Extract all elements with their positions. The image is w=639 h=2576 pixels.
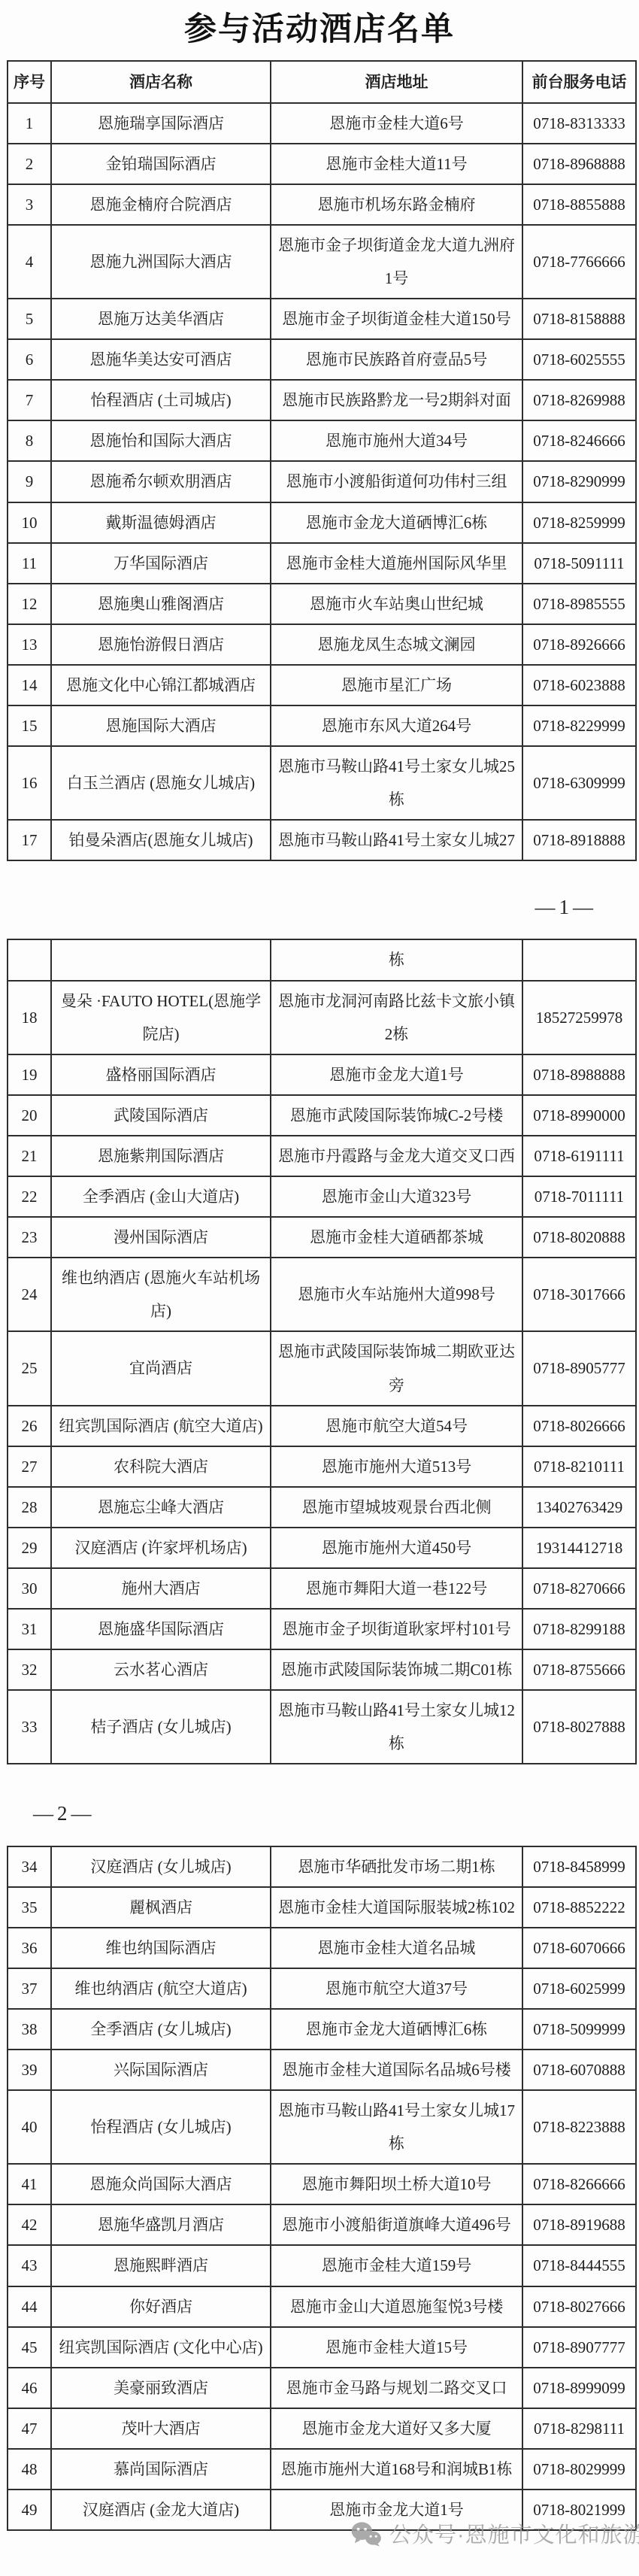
hotel-name-cell: 恩施华美达安可酒店 xyxy=(51,339,271,380)
row-number-cell: 45 xyxy=(8,2327,51,2368)
table-row: 40怡程酒店 (女儿城店)恩施市马鞍山路41号土家女儿城17栋0718-8223… xyxy=(8,2090,636,2164)
table-body-page-1: 1恩施瑞享国际酒店恩施市金桂大道6号0718-83133332金铂瑞国际酒店恩施… xyxy=(8,103,636,861)
hotel-name-cell: 汉庭酒店 (金龙大道店) xyxy=(51,2490,271,2530)
page-number-1: —1— xyxy=(0,894,597,921)
phone-cell: 0718-8246666 xyxy=(522,420,636,461)
table-row: 33桔子酒店 (女儿城店)恩施市马鞍山路41号土家女儿城12栋0718-8027… xyxy=(8,1690,636,1764)
row-number-cell: 23 xyxy=(8,1217,51,1258)
row-number-cell: 13 xyxy=(8,624,51,665)
hotel-name-cell: 万华国际酒店 xyxy=(51,543,271,584)
row-number-cell: 40 xyxy=(8,2090,51,2164)
row-number-cell: 9 xyxy=(8,461,51,502)
row-number-cell: 17 xyxy=(8,820,51,860)
hotel-address-cell: 恩施市金桂大道国际服装城2栋102 xyxy=(271,1887,522,1928)
phone-cell: 0718-3017666 xyxy=(522,1258,636,1331)
row-number-cell: 48 xyxy=(8,2449,51,2490)
hotel-address-cell: 恩施市金桂大道15号 xyxy=(271,2327,522,2368)
phone-cell: 0718-8444555 xyxy=(522,2245,636,2286)
row-number-cell xyxy=(8,939,51,980)
hotel-address-cell: 恩施市金桂大道硒都茶城 xyxy=(271,1217,522,1258)
hotel-address-cell: 恩施市施州大道34号 xyxy=(271,420,522,461)
row-number-cell: 24 xyxy=(8,1258,51,1331)
phone-cell: 0718-7011111 xyxy=(522,1176,636,1217)
table-row: 5恩施万达美华酒店恩施市金子坝街道金桂大道150号0718-8158888 xyxy=(8,299,636,339)
hotel-address-cell: 恩施市机场东路金楠府 xyxy=(271,184,522,225)
phone-cell: 0718-6025999 xyxy=(522,1968,636,2009)
column-header-address: 酒店地址 xyxy=(271,61,522,103)
hotel-address-cell: 恩施市航空大道37号 xyxy=(271,1968,522,2009)
phone-cell: 13402763429 xyxy=(522,1487,636,1528)
phone-cell: 19314412718 xyxy=(522,1528,636,1568)
row-number-cell: 7 xyxy=(8,380,51,420)
table-row: 9恩施希尔顿欢朋酒店恩施市小渡船街道何功伟村三组0718-8290999 xyxy=(8,461,636,502)
row-number-cell: 42 xyxy=(8,2204,51,2245)
phone-cell: 0718-8027888 xyxy=(522,1690,636,1764)
hotel-name-cell: 维也纳酒店 (航空大道店) xyxy=(51,1968,271,2009)
phone-cell: 0718-8229999 xyxy=(522,705,636,746)
page-number-2: —2— xyxy=(33,1801,639,1827)
hotel-address-cell: 恩施市施州大道450号 xyxy=(271,1528,522,1568)
hotel-address-cell: 恩施龙凤生态城文澜园 xyxy=(271,624,522,665)
table-row: 11万华国际酒店恩施市金桂大道施州国际风华里0718-5091111 xyxy=(8,543,636,584)
row-number-cell: 19 xyxy=(8,1054,51,1095)
row-number-cell: 1 xyxy=(8,103,51,144)
table-row: 4恩施九洲国际大酒店恩施市金子坝街道金龙大道九洲府1号0718-7766666 xyxy=(8,225,636,299)
phone-cell: 0718-8988888 xyxy=(522,1054,636,1095)
hotel-name-cell: 铂曼朵酒店(恩施女儿城店) xyxy=(51,820,271,860)
phone-cell: 0718-7766666 xyxy=(522,225,636,299)
hotel-address-cell: 恩施市金山大道恩施玺悦3号楼 xyxy=(271,2286,522,2327)
hotel-table-page-1: 序号 酒店名称 酒店地址 前台服务电话 1恩施瑞享国际酒店恩施市金桂大道6号07… xyxy=(7,60,637,862)
table-row: 42恩施华盛凯月酒店恩施市小渡船街道旗峰大道496号0718-8919688 xyxy=(8,2204,636,2245)
hotel-address-cell: 恩施市望城坡观景台西北侧 xyxy=(271,1487,522,1528)
table-row: 26纽宾凯国际酒店 (航空大道店)恩施市航空大道54号0718-8026666 xyxy=(8,1406,636,1446)
hotel-address-cell: 恩施市航空大道54号 xyxy=(271,1406,522,1446)
hotel-address-cell: 恩施市火车站奥山世纪城 xyxy=(271,584,522,624)
phone-cell: 0718-8926666 xyxy=(522,624,636,665)
row-number-cell: 31 xyxy=(8,1609,51,1649)
hotel-address-cell: 恩施市金子坝街道耿家坪村101号 xyxy=(271,1609,522,1649)
hotel-name-cell: 武陵国际酒店 xyxy=(51,1095,271,1136)
row-number-cell: 4 xyxy=(8,225,51,299)
row-number-cell: 46 xyxy=(8,2368,51,2408)
table-row: 22全季酒店 (金山大道店)恩施市金山大道323号0718-7011111 xyxy=(8,1176,636,1217)
hotel-name-cell: 恩施熙畔酒店 xyxy=(51,2245,271,2286)
row-number-cell: 8 xyxy=(8,420,51,461)
row-number-cell: 6 xyxy=(8,339,51,380)
table-body-page-2: 栋18曼朵 ·FAUTO HOTEL(恩施学院店)恩施市龙洞河南路比兹卡文旅小镇… xyxy=(8,939,636,1764)
table-row: 1恩施瑞享国际酒店恩施市金桂大道6号0718-8313333 xyxy=(8,103,636,144)
hotel-name-cell: 兴际国际酒店 xyxy=(51,2050,271,2090)
table-header: 序号 酒店名称 酒店地址 前台服务电话 xyxy=(8,61,636,103)
hotel-address-cell: 恩施市民族路首府壹品5号 xyxy=(271,339,522,380)
hotel-name-cell: 恩施紫荆国际酒店 xyxy=(51,1136,271,1176)
hotel-address-cell: 恩施市金桂大道名品城 xyxy=(271,1928,522,1968)
phone-cell: 0718-8918888 xyxy=(522,820,636,860)
table-row: 6恩施华美达安可酒店恩施市民族路首府壹品5号0718-6025555 xyxy=(8,339,636,380)
row-number-cell: 29 xyxy=(8,1528,51,1568)
row-number-cell: 28 xyxy=(8,1487,51,1528)
table-row: 24维也纳酒店 (恩施火车站机场店)恩施市火车站施州大道998号0718-301… xyxy=(8,1258,636,1331)
hotel-name-cell: 纽宾凯国际酒店 (航空大道店) xyxy=(51,1406,271,1446)
hotel-name-cell: 维也纳酒店 (恩施火车站机场店) xyxy=(51,1258,271,1331)
phone-cell: 0718-8905777 xyxy=(522,1331,636,1405)
phone-cell: 0718-8266666 xyxy=(522,2164,636,2204)
phone-cell: 0718-8298111 xyxy=(522,2408,636,2449)
phone-cell: 0718-5091111 xyxy=(522,543,636,584)
row-number-cell: 44 xyxy=(8,2286,51,2327)
phone-cell: 0718-8919688 xyxy=(522,2204,636,2245)
phone-cell: 0718-8026666 xyxy=(522,1406,636,1446)
hotel-name-cell: 纽宾凯国际酒店 (文化中心店) xyxy=(51,2327,271,2368)
phone-cell: 0718-8210111 xyxy=(522,1446,636,1487)
hotel-name-cell: 恩施奥山雅阁酒店 xyxy=(51,584,271,624)
hotel-address-cell: 恩施市东风大道264号 xyxy=(271,705,522,746)
row-number-cell: 39 xyxy=(8,2050,51,2090)
hotel-address-cell: 恩施市民族路黔龙一号2期斜对面 xyxy=(271,380,522,420)
phone-cell: 0718-6191111 xyxy=(522,1136,636,1176)
hotel-table-page-3: 34汉庭酒店 (女儿城店)恩施市华硒批发市场二期1栋0718-845899935… xyxy=(7,1846,637,2532)
table-row: 16白玉兰酒店 (恩施女儿城店)恩施市马鞍山路41号土家女儿城25栋0718-6… xyxy=(8,746,636,820)
hotel-address-cell: 恩施市金子坝街道金桂大道150号 xyxy=(271,299,522,339)
table-body-page-3: 34汉庭酒店 (女儿城店)恩施市华硒批发市场二期1栋0718-845899935… xyxy=(8,1846,636,2531)
hotel-address-cell: 恩施市小渡船街道旗峰大道496号 xyxy=(271,2204,522,2245)
table-row: 28恩施忘尘峰大酒店恩施市望城坡观景台西北侧13402763429 xyxy=(8,1487,636,1528)
hotel-name-cell: 恩施怡和国际大酒店 xyxy=(51,420,271,461)
hotel-name-cell: 怡程酒店 (土司城店) xyxy=(51,380,271,420)
phone-cell: 0718-8755666 xyxy=(522,1649,636,1690)
table-row: 25宜尚酒店恩施市武陵国际装饰城二期欧亚达旁0718-8905777 xyxy=(8,1331,636,1405)
table-row: 47茂叶大酒店恩施市金龙大道好又多大厦0718-8298111 xyxy=(8,2408,636,2449)
phone-cell: 0718-8458999 xyxy=(522,1846,636,1887)
hotel-name-cell: 恩施希尔顿欢朋酒店 xyxy=(51,461,271,502)
hotel-address-cell: 恩施市金桂大道施州国际风华里 xyxy=(271,543,522,584)
row-number-cell: 36 xyxy=(8,1928,51,1968)
row-number-cell: 25 xyxy=(8,1331,51,1405)
hotel-name-cell xyxy=(51,939,271,980)
row-number-cell: 30 xyxy=(8,1568,51,1609)
row-number-cell: 16 xyxy=(8,746,51,820)
phone-cell: 0718-8158888 xyxy=(522,299,636,339)
row-number-cell: 3 xyxy=(8,184,51,225)
hotel-name-cell: 恩施怡游假日酒店 xyxy=(51,624,271,665)
phone-cell: 0718-6070666 xyxy=(522,1928,636,1968)
phone-cell: 0718-8852222 xyxy=(522,1887,636,1928)
hotel-name-cell: 全季酒店 (金山大道店) xyxy=(51,1176,271,1217)
page-title: 参与活动酒店名单 xyxy=(0,11,639,50)
hotel-name-cell: 宜尚酒店 xyxy=(51,1331,271,1405)
phone-cell: 0718-8907777 xyxy=(522,2327,636,2368)
phone-cell: 0718-6070888 xyxy=(522,2050,636,2090)
document-page: 参与活动酒店名单 序号 酒店名称 酒店地址 前台服务电话 1恩施瑞享国际酒店恩施… xyxy=(0,0,639,2576)
phone-cell: 0718-8985555 xyxy=(522,584,636,624)
hotel-name-cell: 茂叶大酒店 xyxy=(51,2408,271,2449)
row-number-cell: 10 xyxy=(8,502,51,543)
hotel-name-cell: 金铂瑞国际酒店 xyxy=(51,144,271,184)
phone-cell: 0718-8270666 xyxy=(522,1568,636,1609)
row-number-cell: 14 xyxy=(8,665,51,705)
table-row: 38全季酒店 (女儿城店)恩施市金龙大道硒博汇6栋0718-5099999 xyxy=(8,2009,636,2050)
hotel-address-cell: 恩施市金龙大道1号 xyxy=(271,1054,522,1095)
hotel-address-cell: 恩施市武陵国际装饰城C-2号楼 xyxy=(271,1095,522,1136)
phone-cell: 0718-8313333 xyxy=(522,103,636,144)
hotel-name-cell: 维也纳国际酒店 xyxy=(51,1928,271,1968)
hotel-name-cell: 恩施九洲国际大酒店 xyxy=(51,225,271,299)
phone-cell: 0718-8029999 xyxy=(522,2449,636,2490)
row-number-cell: 12 xyxy=(8,584,51,624)
hotel-address-cell: 恩施市金龙大道硒博汇6栋 xyxy=(271,502,522,543)
hotel-address-cell: 恩施市施州大道168号和润城B1栋 xyxy=(271,2449,522,2490)
hotel-address-cell: 恩施市施州大道513号 xyxy=(271,1446,522,1487)
hotel-name-cell: 恩施瑞享国际酒店 xyxy=(51,103,271,144)
hotel-address-cell: 恩施市金山大道323号 xyxy=(271,1176,522,1217)
hotel-name-cell: 汉庭酒店 (许家坪机场店) xyxy=(51,1528,271,1568)
row-number-cell: 49 xyxy=(8,2490,51,2530)
table-row: 29汉庭酒店 (许家坪机场店)恩施市施州大道450号19314412718 xyxy=(8,1528,636,1568)
table-row: 3恩施金楠府合院酒店恩施市机场东路金楠府0718-8855888 xyxy=(8,184,636,225)
hotel-name-cell: 汉庭酒店 (女儿城店) xyxy=(51,1846,271,1887)
header-row: 序号 酒店名称 酒店地址 前台服务电话 xyxy=(8,61,636,103)
hotel-address-cell: 恩施市武陵国际装饰城二期欧亚达旁 xyxy=(271,1331,522,1405)
hotel-address-cell: 恩施市金桂大道159号 xyxy=(271,2245,522,2286)
table-row: 20武陵国际酒店恩施市武陵国际装饰城C-2号楼0718-8990000 xyxy=(8,1095,636,1136)
table-row: 41恩施众尚国际大酒店恩施市舞阳坝土桥大道10号0718-8266666 xyxy=(8,2164,636,2204)
table-row: 17铂曼朵酒店(恩施女儿城店)恩施市马鞍山路41号土家女儿城270718-891… xyxy=(8,820,636,860)
hotel-address-cell: 恩施市金子坝街道金龙大道九洲府1号 xyxy=(271,225,522,299)
hotel-address-cell: 恩施市舞阳坝土桥大道10号 xyxy=(271,2164,522,2204)
hotel-table-page-2: 栋18曼朵 ·FAUTO HOTEL(恩施学院店)恩施市龙洞河南路比兹卡文旅小镇… xyxy=(7,939,637,1764)
row-number-cell: 35 xyxy=(8,1887,51,1928)
hotel-address-cell: 恩施市马鞍山路41号土家女儿城12栋 xyxy=(271,1690,522,1764)
table-row: 8恩施怡和国际大酒店恩施市施州大道34号0718-8246666 xyxy=(8,420,636,461)
table-row: 18曼朵 ·FAUTO HOTEL(恩施学院店)恩施市龙洞河南路比兹卡文旅小镇2… xyxy=(8,981,636,1054)
hotel-address-cell: 恩施市武陵国际装饰城二期C01栋 xyxy=(271,1649,522,1690)
phone-cell: 0718-8021999 xyxy=(522,2490,636,2530)
row-number-cell: 5 xyxy=(8,299,51,339)
hotel-name-cell: 怡程酒店 (女儿城店) xyxy=(51,2090,271,2164)
table-row: 栋 xyxy=(8,939,636,980)
row-number-cell: 11 xyxy=(8,543,51,584)
phone-cell: 0718-8269988 xyxy=(522,380,636,420)
table-row: 12恩施奥山雅阁酒店恩施市火车站奥山世纪城0718-8985555 xyxy=(8,584,636,624)
hotel-name-cell: 曼朵 ·FAUTO HOTEL(恩施学院店) xyxy=(51,981,271,1054)
row-number-cell: 37 xyxy=(8,1968,51,2009)
hotel-name-cell: 云水茗心酒店 xyxy=(51,1649,271,1690)
hotel-name-cell: 慕尚国际酒店 xyxy=(51,2449,271,2490)
phone-cell: 0718-8259999 xyxy=(522,502,636,543)
table-row: 34汉庭酒店 (女儿城店)恩施市华硒批发市场二期1栋0718-8458999 xyxy=(8,1846,636,1887)
hotel-name-cell: 农科院大酒店 xyxy=(51,1446,271,1487)
hotel-name-cell: 恩施众尚国际大酒店 xyxy=(51,2164,271,2204)
column-header-name: 酒店名称 xyxy=(51,61,271,103)
table-row: 21恩施紫荆国际酒店恩施市丹霞路与金龙大道交叉口西0718-6191111 xyxy=(8,1136,636,1176)
phone-cell: 0718-8223888 xyxy=(522,2090,636,2164)
table-row: 19盛格丽国际酒店恩施市金龙大道1号0718-8988888 xyxy=(8,1054,636,1095)
table-row: 2金铂瑞国际酒店恩施市金桂大道11号0718-8968888 xyxy=(8,144,636,184)
hotel-address-cell: 恩施市金桂大道6号 xyxy=(271,103,522,144)
table-row: 14恩施文化中心锦江都城酒店恩施市星汇广场0718-6023888 xyxy=(8,665,636,705)
hotel-name-cell: 美豪丽致酒店 xyxy=(51,2368,271,2408)
hotel-name-cell: 白玉兰酒店 (恩施女儿城店) xyxy=(51,746,271,820)
phone-cell: 0718-8990000 xyxy=(522,1095,636,1136)
hotel-address-cell: 恩施市马鞍山路41号土家女儿城25栋 xyxy=(271,746,522,820)
table-row: 13恩施怡游假日酒店恩施龙凤生态城文澜园0718-8926666 xyxy=(8,624,636,665)
phone-cell: 0718-8290999 xyxy=(522,461,636,502)
phone-cell xyxy=(522,939,636,980)
table-row: 7怡程酒店 (土司城店)恩施市民族路黔龙一号2期斜对面0718-8269988 xyxy=(8,380,636,420)
row-number-cell: 43 xyxy=(8,2245,51,2286)
row-number-cell: 38 xyxy=(8,2009,51,2050)
hotel-address-cell: 恩施市舞阳大道一巷122号 xyxy=(271,1568,522,1609)
column-header-number: 序号 xyxy=(8,61,51,103)
phone-cell: 0718-8855888 xyxy=(522,184,636,225)
row-number-cell: 21 xyxy=(8,1136,51,1176)
hotel-name-cell: 漫州国际酒店 xyxy=(51,1217,271,1258)
hotel-address-cell: 恩施市金桂大道国际名品城6号楼 xyxy=(271,2050,522,2090)
hotel-address-cell: 恩施市马鞍山路41号土家女儿城17栋 xyxy=(271,2090,522,2164)
hotel-address-cell: 恩施市小渡船街道何功伟村三组 xyxy=(271,461,522,502)
hotel-address-cell: 恩施市龙洞河南路比兹卡文旅小镇2栋 xyxy=(271,981,522,1054)
hotel-address-cell: 恩施市金龙大道1号 xyxy=(271,2490,522,2530)
hotel-name-cell: 全季酒店 (女儿城店) xyxy=(51,2009,271,2050)
phone-cell: 0718-6309999 xyxy=(522,746,636,820)
row-number-cell: 15 xyxy=(8,705,51,746)
hotel-address-cell: 恩施市金龙大道好又多大厦 xyxy=(271,2408,522,2449)
table-row: 36维也纳国际酒店恩施市金桂大道名品城0718-6070666 xyxy=(8,1928,636,1968)
table-row: 35麗枫酒店恩施市金桂大道国际服装城2栋1020718-8852222 xyxy=(8,1887,636,1928)
row-number-cell: 2 xyxy=(8,144,51,184)
row-number-cell: 27 xyxy=(8,1446,51,1487)
phone-cell: 0718-8299188 xyxy=(522,1609,636,1649)
row-number-cell: 26 xyxy=(8,1406,51,1446)
hotel-address-cell: 恩施市金马路与规划二路交叉口 xyxy=(271,2368,522,2408)
hotel-name-cell: 恩施万达美华酒店 xyxy=(51,299,271,339)
row-number-cell: 34 xyxy=(8,1846,51,1887)
hotel-name-cell: 桔子酒店 (女儿城店) xyxy=(51,1690,271,1764)
row-number-cell: 32 xyxy=(8,1649,51,1690)
hotel-name-cell: 恩施华盛凯月酒店 xyxy=(51,2204,271,2245)
hotel-address-cell: 恩施市金桂大道11号 xyxy=(271,144,522,184)
phone-cell: 0718-5099999 xyxy=(522,2009,636,2050)
table-row: 37维也纳酒店 (航空大道店)恩施市航空大道37号0718-6025999 xyxy=(8,1968,636,2009)
table-row: 15恩施国际大酒店恩施市东风大道264号0718-8229999 xyxy=(8,705,636,746)
hotel-name-cell: 恩施金楠府合院酒店 xyxy=(51,184,271,225)
phone-cell: 0718-6025555 xyxy=(522,339,636,380)
table-row: 46美豪丽致酒店恩施市金马路与规划二路交叉口0718-8999099 xyxy=(8,2368,636,2408)
hotel-address-cell: 恩施市丹霞路与金龙大道交叉口西 xyxy=(271,1136,522,1176)
row-number-cell: 41 xyxy=(8,2164,51,2204)
phone-cell: 0718-6023888 xyxy=(522,665,636,705)
row-number-cell: 20 xyxy=(8,1095,51,1136)
hotel-name-cell: 恩施盛华国际酒店 xyxy=(51,1609,271,1649)
hotel-name-cell: 恩施国际大酒店 xyxy=(51,705,271,746)
table-row: 43恩施熙畔酒店恩施市金桂大道159号0718-8444555 xyxy=(8,2245,636,2286)
phone-cell: 0718-8027666 xyxy=(522,2286,636,2327)
row-number-cell: 22 xyxy=(8,1176,51,1217)
row-number-cell: 33 xyxy=(8,1690,51,1764)
phone-cell: 0718-8968888 xyxy=(522,144,636,184)
table-row: 44你好酒店恩施市金山大道恩施玺悦3号楼0718-8027666 xyxy=(8,2286,636,2327)
phone-cell: 18527259978 xyxy=(522,981,636,1054)
table-row: 30施州大酒店恩施市舞阳大道一巷122号0718-8270666 xyxy=(8,1568,636,1609)
table-row: 49汉庭酒店 (金龙大道店)恩施市金龙大道1号0718-8021999 xyxy=(8,2490,636,2530)
table-row: 32云水茗心酒店恩施市武陵国际装饰城二期C01栋0718-8755666 xyxy=(8,1649,636,1690)
hotel-name-cell: 你好酒店 xyxy=(51,2286,271,2327)
table-row: 45纽宾凯国际酒店 (文化中心店)恩施市金桂大道15号0718-8907777 xyxy=(8,2327,636,2368)
hotel-address-cell: 恩施市火车站施州大道998号 xyxy=(271,1258,522,1331)
table-row: 39兴际国际酒店恩施市金桂大道国际名品城6号楼0718-6070888 xyxy=(8,2050,636,2090)
hotel-address-cell: 恩施市马鞍山路41号土家女儿城27 xyxy=(271,820,522,860)
table-row: 23漫州国际酒店恩施市金桂大道硒都茶城0718-8020888 xyxy=(8,1217,636,1258)
phone-cell: 0718-8999099 xyxy=(522,2368,636,2408)
row-number-cell: 47 xyxy=(8,2408,51,2449)
phone-cell: 0718-8020888 xyxy=(522,1217,636,1258)
table-row: 48慕尚国际酒店恩施市施州大道168号和润城B1栋0718-8029999 xyxy=(8,2449,636,2490)
table-row: 31恩施盛华国际酒店恩施市金子坝街道耿家坪村101号0718-8299188 xyxy=(8,1609,636,1649)
row-number-cell: 18 xyxy=(8,981,51,1054)
table-row: 27农科院大酒店恩施市施州大道513号0718-8210111 xyxy=(8,1446,636,1487)
hotel-name-cell: 戴斯温德姆酒店 xyxy=(51,502,271,543)
table-row: 10戴斯温德姆酒店恩施市金龙大道硒博汇6栋0718-8259999 xyxy=(8,502,636,543)
hotel-address-cell: 恩施市星汇广场 xyxy=(271,665,522,705)
hotel-name-cell: 施州大酒店 xyxy=(51,1568,271,1609)
column-header-phone: 前台服务电话 xyxy=(522,61,636,103)
hotel-address-cell: 栋 xyxy=(271,939,522,980)
hotel-name-cell: 恩施忘尘峰大酒店 xyxy=(51,1487,271,1528)
hotel-name-cell: 盛格丽国际酒店 xyxy=(51,1054,271,1095)
hotel-address-cell: 恩施市金龙大道硒博汇6栋 xyxy=(271,2009,522,2050)
hotel-address-cell: 恩施市华硒批发市场二期1栋 xyxy=(271,1846,522,1887)
hotel-name-cell: 恩施文化中心锦江都城酒店 xyxy=(51,665,271,705)
hotel-name-cell: 麗枫酒店 xyxy=(51,1887,271,1928)
